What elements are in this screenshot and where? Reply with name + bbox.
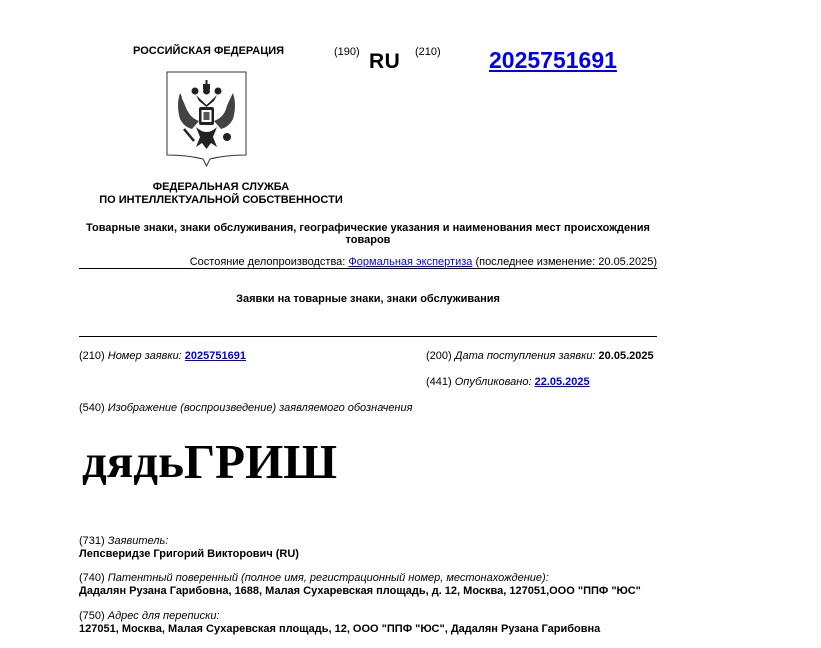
field-application-number: (210) Номер заявки: 2025751691	[79, 350, 246, 363]
code-210: (210)	[415, 46, 441, 58]
field-code: (441)	[426, 376, 455, 388]
field-filing-date: (200) Дата поступления заявки: 20.05.202…	[426, 350, 654, 363]
published-date-link[interactable]: 22.05.2025	[535, 376, 590, 388]
field-applicant: (731) Заявитель: Лепсверидзе Григорий Ви…	[79, 535, 299, 561]
trademark-lower: дядь	[82, 434, 184, 491]
field-code: (210)	[79, 350, 108, 362]
status-line: Состояние делопроизводства: Формальная э…	[79, 256, 657, 268]
status-label: Состояние делопроизводства:	[190, 256, 349, 268]
field-value: Дадалян Рузана Гарибовна, 1688, Малая Су…	[79, 585, 641, 597]
application-number-link[interactable]: 2025751691	[185, 350, 246, 362]
field-label: Номер заявки:	[108, 350, 185, 362]
field-published: (441) Опубликовано: 22.05.2025	[426, 376, 590, 389]
field-code: (740)	[79, 572, 108, 584]
field-value: 127051, Москва, Малая Сухаревская площад…	[79, 623, 600, 635]
field-label: Заявитель:	[108, 535, 169, 547]
field-label: Дата поступления заявки:	[455, 350, 599, 362]
subsection-title: Заявки на товарные знаки, знаки обслужив…	[79, 293, 657, 305]
divider	[79, 268, 657, 269]
russian-coat-of-arms-icon	[166, 71, 247, 167]
country-code: RU	[369, 50, 400, 74]
field-image: (540) Изображение (воспроизведение) заяв…	[79, 402, 412, 415]
field-code: (750)	[79, 610, 108, 622]
trademark-image: дядьГРИШ	[82, 432, 337, 492]
field-value: 20.05.2025	[599, 350, 654, 362]
field-code: (200)	[426, 350, 455, 362]
agency-line-2: ПО ИНТЕЛЛЕКТУАЛЬНОЙ СОБСТВЕННОСТИ	[79, 194, 363, 207]
status-link[interactable]: Формальная экспертиза	[348, 256, 472, 268]
field-label: Опубликовано:	[455, 376, 535, 388]
trademark-upper: ГРИШ	[184, 434, 337, 489]
divider	[79, 336, 657, 337]
agency-line-1: ФЕДЕРАЛЬНАЯ СЛУЖБА	[79, 181, 363, 194]
field-label: Патентный поверенный (полное имя, регист…	[108, 572, 549, 584]
document-number-link[interactable]: 2025751691	[489, 47, 617, 74]
agency-name: ФЕДЕРАЛЬНАЯ СЛУЖБА ПО ИНТЕЛЛЕКТУАЛЬНОЙ С…	[79, 181, 363, 207]
status-suffix: (последнее изменение: 20.05.2025)	[472, 256, 657, 268]
code-190: (190)	[334, 46, 360, 58]
field-patent-attorney: (740) Патентный поверенный (полное имя, …	[79, 572, 641, 598]
field-value: Лепсверидзе Григорий Викторович (RU)	[79, 548, 299, 560]
section-title: Товарные знаки, знаки обслуживания, геог…	[79, 222, 657, 246]
field-code: (540)	[79, 402, 108, 414]
field-label: Адрес для переписки:	[108, 610, 220, 622]
field-code: (731)	[79, 535, 108, 547]
field-correspondence-address: (750) Адрес для переписки: 127051, Москв…	[79, 610, 600, 636]
country-name: РОССИЙСКАЯ ФЕДЕРАЦИЯ	[133, 45, 284, 57]
field-label: Изображение (воспроизведение) заявляемог…	[108, 402, 413, 414]
